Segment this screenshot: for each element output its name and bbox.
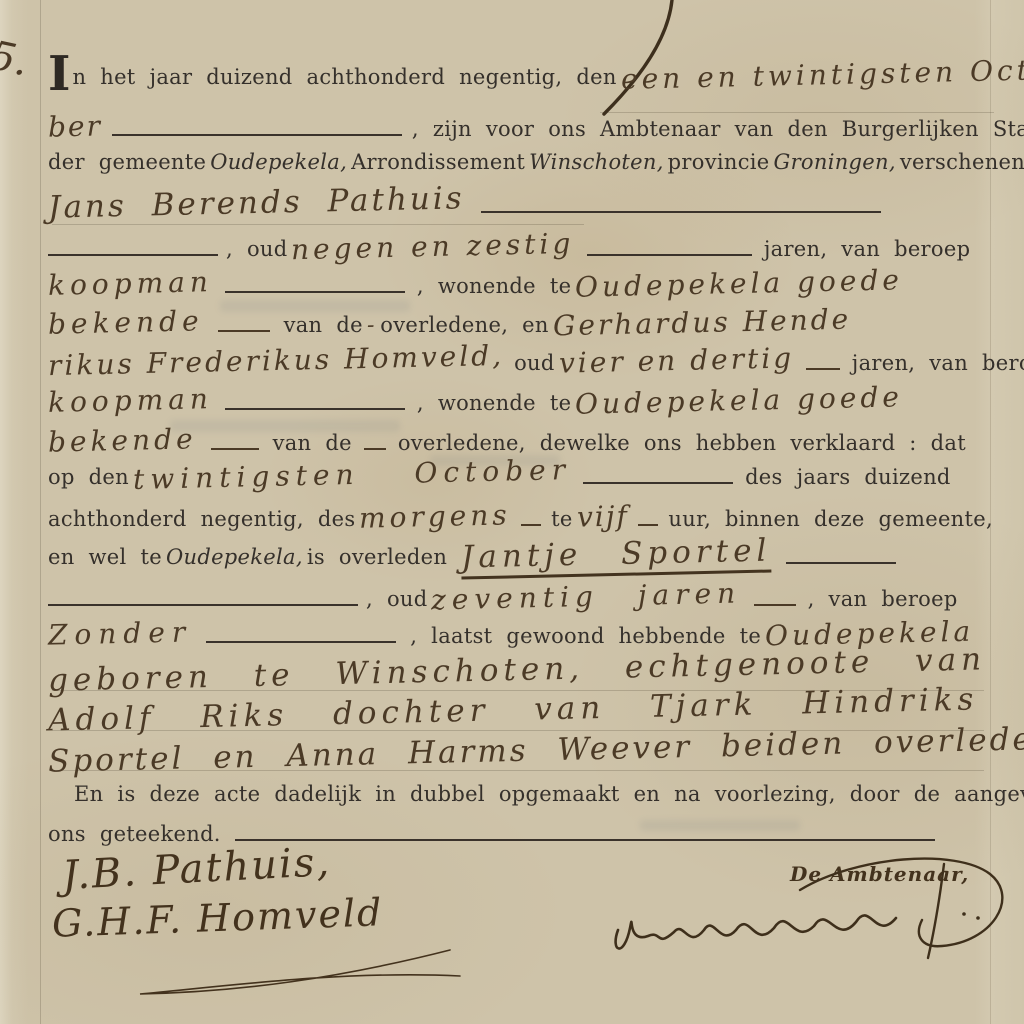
handwritten-month-continuation: ber: [48, 109, 103, 143]
handwritten-dash-rule: [638, 523, 658, 526]
printed-arrondissement-label: Arrondissement: [351, 150, 525, 174]
handwritten-declarant2-name-part2: rikus Frederikus Homveld,: [48, 339, 505, 382]
printed-years-occupation-label: jaren, van beroep: [852, 351, 1024, 375]
printed-residing-label: , wonende te: [417, 391, 571, 415]
printed-age-label: , oud: [226, 237, 287, 261]
handwritten-deceased-occupation: Zonder: [48, 615, 193, 651]
printed-te-label: te: [551, 507, 572, 531]
printed-and-at-label: en wel te: [48, 545, 162, 569]
death-date-line: op den twintigsten October des jaars dui…: [48, 458, 990, 491]
printed-deceased-and-label: overledene, en: [380, 313, 548, 337]
handwritten-dash-rule: [806, 367, 840, 370]
signed-by-line: ons geteekend.: [48, 822, 990, 846]
signature-declarant-1: J.B. Pathuis,: [61, 839, 332, 899]
printed-last-resided-label: , laatst gewoond hebbende te: [410, 624, 761, 648]
guide-line: [52, 224, 584, 225]
death-certificate-page: 5. In het jaar duizend achthonderd negen…: [0, 0, 1024, 1024]
signature-declarant-2: G.H.F. Homveld: [51, 890, 384, 946]
handwritten-declarant2-occupation: koopman: [48, 382, 214, 419]
printed-province-label: provincie: [668, 150, 770, 174]
printed-arrondissement-name: Winschoten,: [529, 150, 664, 174]
printed-municipality-name: Oudepekela,: [210, 150, 347, 174]
municipality-line: der gemeente Oudepekela, Arrondissement …: [48, 150, 990, 174]
printed-oud-label: oud: [514, 351, 555, 375]
handwritten-dash: -: [367, 313, 377, 338]
closing-clause-line: En is deze acte dadelijk in dubbel opgem…: [48, 782, 990, 806]
signature-flourish: [120, 948, 540, 998]
blank-rule: [583, 481, 733, 484]
blank-rule: [481, 210, 881, 213]
declarant1-relation-line: bekende van de - overledene, en Gerhardu…: [48, 306, 990, 339]
official-signature: [590, 848, 1020, 988]
printed-closing-clause: En is deze acte dadelijk in dubbel opgem…: [74, 782, 1024, 806]
blank-rule: [225, 290, 405, 293]
blank-rule: [786, 561, 896, 564]
printed-declaration-clause: overledene, dewelke ons hebben verklaard…: [398, 431, 966, 455]
printed-municipality-label: der gemeente: [48, 150, 206, 174]
printed-intro-year: n het jaar duizend achthonderd negentig,…: [72, 65, 616, 89]
printed-of-the-label: van de: [273, 431, 352, 455]
printed-appeared-label: verschenen :: [900, 150, 1024, 174]
left-margin-fold-line: [40, 0, 41, 1024]
printed-of-the-label: van de: [284, 313, 363, 337]
printed-year-time-label: achthonderd negentig, des: [48, 507, 355, 531]
printed-registrar-clause: , zijn voor ons Ambtenaar van den Burger…: [412, 117, 1024, 141]
handwritten-hour: vijf: [576, 499, 629, 533]
printed-province-name: Groningen,: [774, 150, 896, 174]
handwritten-declarant1-age: negen en zestig: [291, 227, 575, 266]
printed-years-occupation-label: jaren, van beroep: [764, 237, 970, 261]
blank-rule: [112, 133, 402, 136]
blank-rule: [235, 838, 935, 841]
handwritten-death-date: twintigsten October: [133, 453, 572, 496]
blank-rule: [218, 329, 270, 332]
printed-hour-municipality-clause: uur, binnen deze gemeente,: [668, 507, 993, 531]
printed-is-deceased-label: is overleden: [307, 545, 447, 569]
death-time-line: achthonderd negentig, des morgens te vij…: [48, 500, 990, 533]
handwritten-time-of-day: morgens: [359, 498, 511, 534]
handwritten-declarant2-age: vier en dertig: [558, 341, 794, 379]
spouse-parents-line: Adolf Riks dochter van Tjark Hindriks: [48, 692, 990, 728]
parents-line: Sportel en Anna Harms Weever beiden over…: [48, 732, 990, 768]
blank-rule: [225, 407, 405, 410]
birthplace-spouse-line: geboren te Winschoten, echtgenoote van: [48, 652, 990, 688]
blank-rule: [48, 253, 218, 256]
declarant2-occupation-line: koopman , wonende te Oudepekela goede: [48, 384, 990, 417]
blank-rule: [206, 640, 396, 643]
declarant1-name-line: Jans Berends Pathuis: [48, 185, 990, 221]
handwritten-deceased-name: Jantje Sportel: [461, 532, 772, 579]
blank-rule: [587, 253, 752, 256]
handwritten-declarant1-residence: Oudepekela goede: [575, 263, 904, 303]
handwritten-acquaintance-word: bekende: [48, 422, 197, 458]
printed-residing-label: , wonende te: [417, 274, 571, 298]
date-continuation-line: ber , zijn voor ons Ambtenaar van den Bu…: [48, 110, 990, 143]
handwritten-death-report-day: een en twintigsten Octo: [620, 53, 1024, 96]
handwritten-declarant1-name: Jans Berends Pathuis: [48, 180, 465, 225]
handwritten-declarant1-occupation: koopman: [48, 265, 214, 302]
handwritten-declarant2-residence: Oudepekela goede: [575, 380, 904, 420]
handwritten-declarant2-name-part1: Gerhardus Hende: [552, 303, 851, 343]
declarant2-name-age-line: rikus Frederikus Homveld, oud vier en de…: [48, 344, 990, 377]
handwritten-dash-rule: [364, 447, 386, 450]
printed-age-label: , oud: [366, 587, 427, 611]
handwritten-acquaintance-word: bekende: [48, 304, 204, 341]
printed-year-clause: des jaars duizend: [745, 465, 951, 489]
deceased-age-line: , oud zeventig jaren , van beroep: [48, 580, 990, 613]
declarant2-relation-line: bekende van de overledene, dewelke ons h…: [48, 424, 990, 457]
dropcap-initial: I: [48, 46, 72, 102]
blank-rule: [48, 603, 358, 606]
printed-place-name: Oudepekela,: [166, 545, 303, 569]
intro-year-line: In het jaar duizend achthonderd negentig…: [48, 58, 990, 91]
printed-signed-label: ons geteekend.: [48, 822, 221, 846]
margin-mark: 5.: [0, 33, 33, 86]
handwritten-dash-rule: [754, 603, 796, 606]
printed-on-the-label: op den: [48, 465, 129, 489]
printed-occupation-label: , van beroep: [808, 587, 958, 611]
handwritten-deceased-age: zeventig jaren: [431, 576, 742, 616]
deceased-name-line: en wel te Oudepekela, is overleden Jantj…: [48, 536, 990, 576]
declarant1-occupation-line: koopman , wonende te Oudepekela goede: [48, 267, 990, 300]
blank-rule: [211, 447, 259, 450]
handwritten-dash-rule: [521, 523, 541, 526]
declarant1-age-line: , oud negen en zestig jaren, van beroep: [48, 230, 990, 263]
